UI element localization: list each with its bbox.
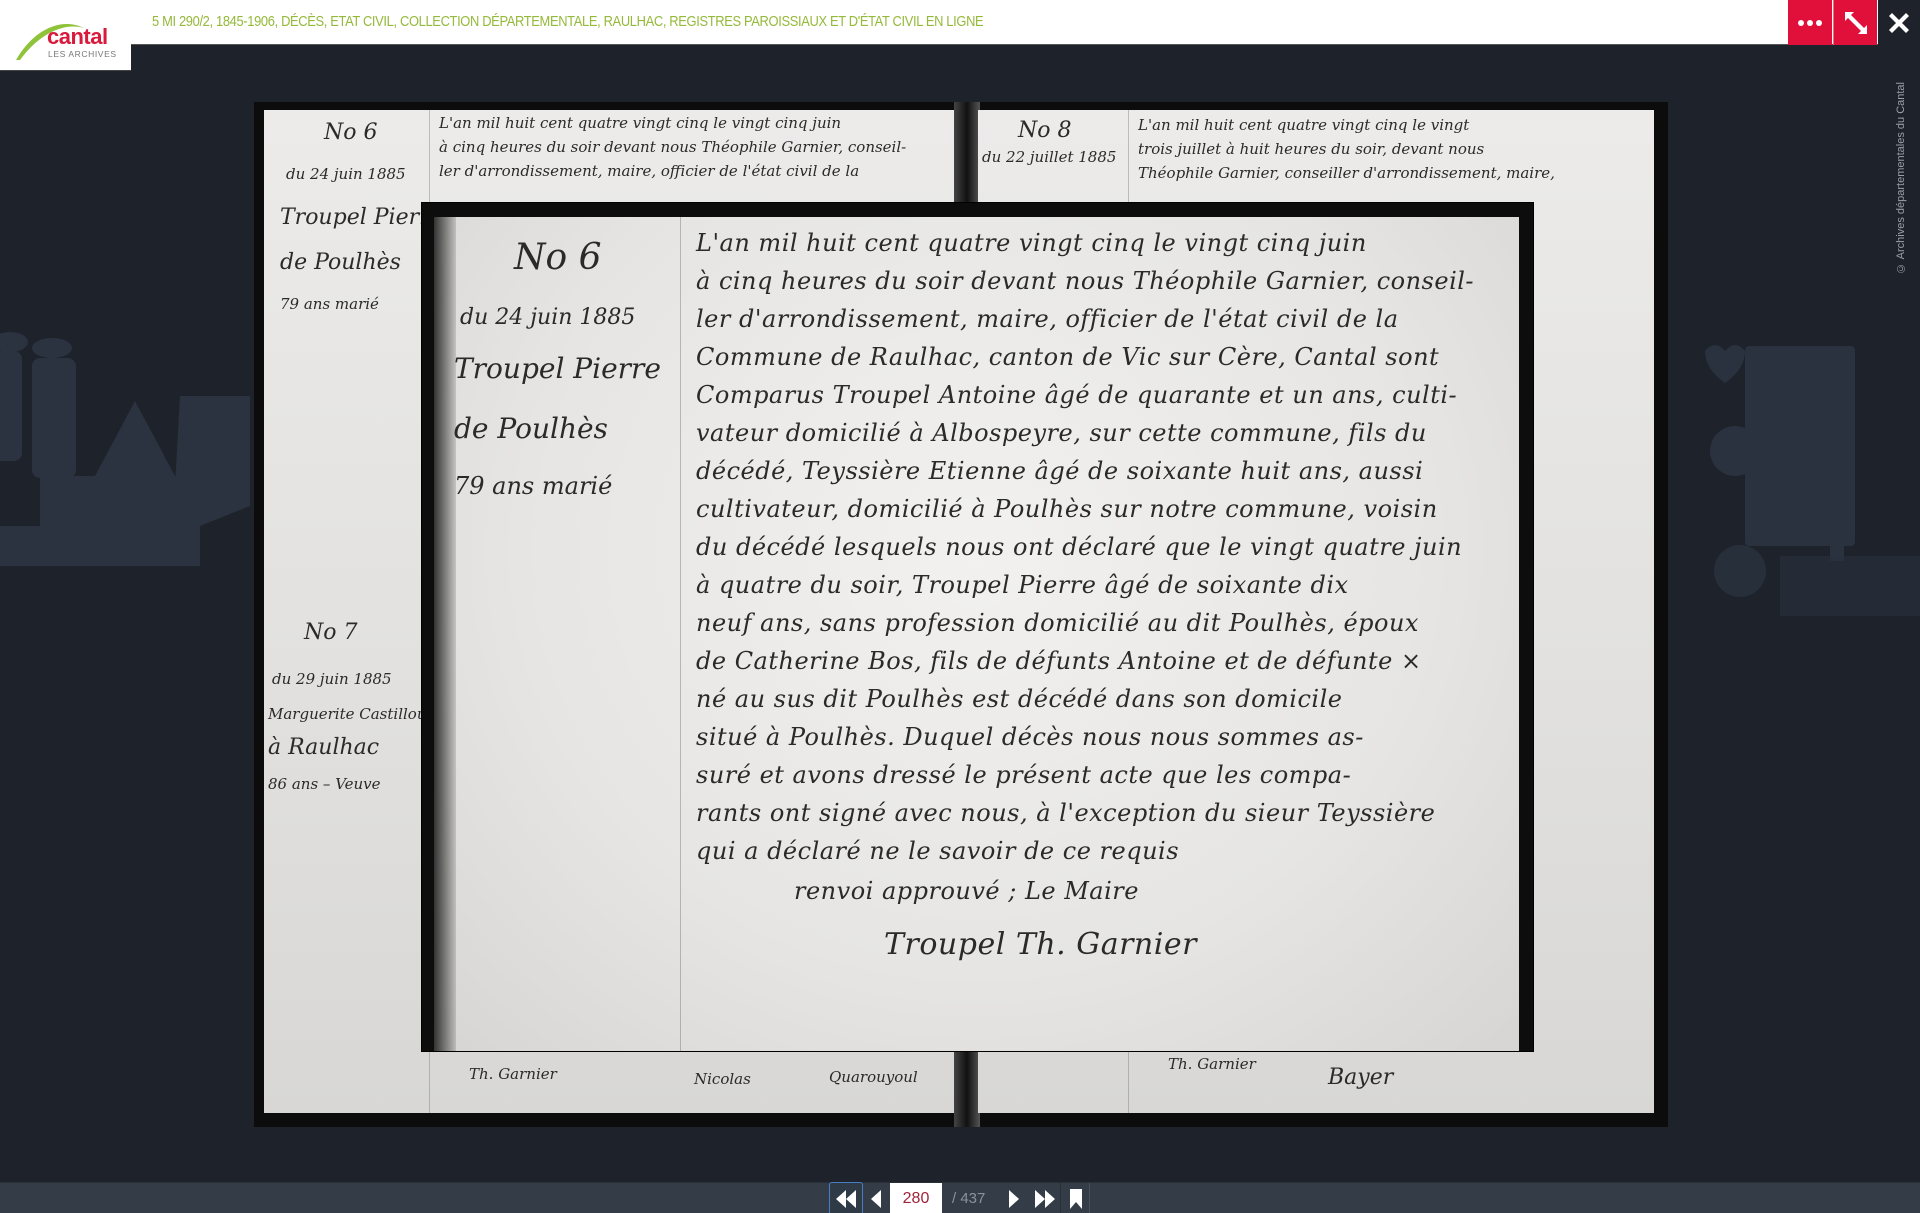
entry-date: du 29 juin 1885 [272, 670, 392, 688]
text-line: né au sus dit Poulhès est décédé dans so… [696, 685, 1342, 713]
signature: Th. Garnier [1168, 1055, 1256, 1073]
next-page-button[interactable] [1000, 1183, 1028, 1213]
zoomed-page: No 6 du 24 juin 1885 Troupel Pierre de P… [434, 217, 1519, 1051]
document-title: 5 MI 290/2, 1845-1906, DÉCÈS, ETAT CIVIL… [152, 13, 983, 30]
text-line: ler d'arrondissement, maire, officier de… [439, 162, 859, 180]
copyright-text: © Archives départementales du Cantal [1895, 82, 1907, 274]
bookmark-button[interactable] [1062, 1183, 1090, 1213]
entry-place: de Poulhès [280, 250, 401, 275]
previous-page-button[interactable] [864, 1183, 888, 1213]
signature: Bayer [1328, 1065, 1393, 1090]
copyright-notice: © Archives départementales du Cantal [1894, 82, 1908, 312]
margin-line [680, 217, 681, 1051]
entry-note: 86 ans – Veuve [268, 775, 381, 793]
double-chevron-right-icon [1033, 1189, 1057, 1209]
chevron-right-icon [1007, 1189, 1021, 1209]
first-page-button[interactable] [829, 1182, 863, 1213]
text-line: L'an mil huit cent quatre vingt cinq le … [696, 229, 1367, 257]
entry-note: 79 ans marié [454, 472, 612, 500]
close-button[interactable] [1878, 0, 1920, 45]
double-chevron-left-icon [834, 1189, 858, 1209]
signatures: Troupel Th. Garnier [884, 927, 1197, 962]
text-line: Théophile Garnier, conseiller d'arrondis… [1138, 164, 1555, 182]
text-line: décédé, Teyssière Etienne âgé de soixant… [696, 457, 1423, 485]
top-bar: 5 MI 290/2, 1845-1906, DÉCÈS, ETAT CIVIL… [0, 0, 1920, 45]
text-line: du décédé lesquels nous ont déclaré que … [696, 533, 1462, 561]
chevron-left-icon [869, 1189, 883, 1209]
text-line: L'an mil huit cent quatre vingt cinq le … [439, 114, 841, 132]
logo-subtitle: LES ARCHIVES [48, 49, 117, 59]
text-line: neuf ans, sans profession domicilié au d… [696, 609, 1419, 637]
text-line: à cinq heures du soir devant nous Théoph… [439, 138, 906, 156]
signature: Quarouyoul [829, 1068, 918, 1086]
page-navigation-toolbar: / 437 [0, 1182, 1920, 1213]
magnifier-zoom-view[interactable]: No 6 du 24 juin 1885 Troupel Pierre de P… [422, 203, 1533, 1051]
more-dots-icon [1798, 20, 1822, 26]
text-line: rants ont signé avec nous, à l'exception… [696, 799, 1435, 827]
text-line: de Catherine Bos, fils de défunts Antoin… [696, 647, 1422, 675]
text-line: L'an mil huit cent quatre vingt cinq le … [1138, 116, 1469, 134]
entry-number: No 6 [324, 120, 378, 145]
text-line: trois juillet à huit heures du soir, dev… [1138, 140, 1484, 158]
text-line: situé à Poulhès. Duquel décès nous nous … [696, 723, 1364, 751]
entry-number: No 7 [304, 620, 358, 645]
entry-name: Troupel Pierre [454, 352, 661, 385]
text-line: cultivateur, domicilié à Poulhès sur not… [696, 495, 1438, 523]
text-line: à quatre du soir, Troupel Pierre âgé de … [696, 571, 1349, 599]
page-number-input[interactable] [890, 1183, 942, 1213]
logo-brand: cantal [47, 26, 108, 48]
entry-name: Troupel Pierre [280, 205, 443, 230]
text-line: qui a déclaré ne le savoir de ce requis [696, 837, 1179, 865]
fullscreen-button[interactable] [1833, 0, 1877, 45]
expand-arrows-icon [1843, 10, 1869, 36]
close-x-icon [1888, 12, 1910, 34]
text-line: renvoi approuvé ; Le Maire [794, 877, 1139, 905]
entry-name: Marguerite Castillou [268, 705, 426, 723]
text-line: ler d'arrondissement, maire, officier de… [696, 305, 1399, 333]
total-pages: / 437 [952, 1190, 985, 1207]
more-options-button[interactable] [1788, 0, 1832, 45]
text-line: à cinq heures du soir devant nous Théoph… [696, 267, 1474, 295]
entry-number: No 6 [514, 237, 602, 278]
text-line: suré et avons dressé le présent acte que… [696, 761, 1351, 789]
last-page-button[interactable] [1029, 1183, 1061, 1213]
entry-note: 79 ans marié [280, 295, 379, 313]
entry-date: du 24 juin 1885 [460, 305, 635, 330]
cantal-archives-logo[interactable]: cantal LES ARCHIVES [0, 0, 131, 70]
signature: Nicolas [694, 1070, 751, 1088]
text-line: Commune de Raulhac, canton de Vic sur Cè… [696, 343, 1439, 371]
text-line: vateur domicilié à Albospeyre, sur cette… [696, 419, 1427, 447]
text-line: Comparus Troupel Antoine âgé de quarante… [696, 381, 1457, 409]
entry-place: à Raulhac [268, 735, 379, 760]
entry-place: de Poulhès [454, 412, 608, 445]
signature: Th. Garnier [469, 1065, 557, 1083]
bookmark-icon [1070, 1188, 1082, 1210]
entry-date: du 24 juin 1885 [286, 165, 406, 183]
entry-date: du 22 juillet 1885 [982, 148, 1116, 166]
entry-number: No 8 [1018, 118, 1072, 143]
